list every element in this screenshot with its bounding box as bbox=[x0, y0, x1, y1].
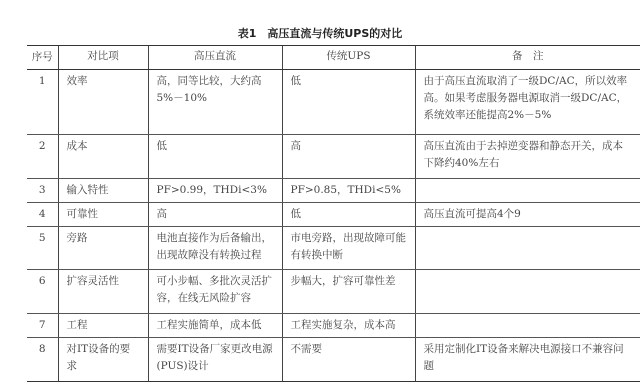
cell-hvdc: 高 bbox=[148, 203, 282, 227]
cell-item: 工程 bbox=[58, 314, 148, 338]
cell-item: 成本 bbox=[58, 135, 148, 179]
table-row: 7 工程 工程实施简单，成本低 工程实施复杂，成本高 bbox=[27, 314, 640, 338]
table-caption: 表1 高压直流与传统UPS的对比 bbox=[0, 25, 640, 41]
cell-hvdc: 高，同等比较，大约高5%－10% bbox=[148, 70, 282, 135]
cell-hvdc: 电池直接作为后备输出，出现故障没有转换过程 bbox=[148, 227, 282, 270]
header-no: 序号 bbox=[27, 46, 58, 70]
cell-item: 效率 bbox=[58, 70, 148, 135]
header-item: 对比项 bbox=[58, 46, 148, 70]
cell-no: 6 bbox=[27, 270, 58, 314]
table-row: 4 可靠性 高 低 高压直流可提高4个9 bbox=[27, 203, 640, 227]
cell-note: 高压直流可提高4个9 bbox=[415, 203, 640, 227]
cell-no: 3 bbox=[27, 179, 58, 203]
cell-hvdc: 低 bbox=[148, 135, 282, 179]
table-row: 2 成本 低 高 高压直流由于去掉逆变器和静态开关，成本下降约40%左右 bbox=[27, 135, 640, 179]
cell-item: 对IT设备的要求 bbox=[58, 338, 148, 382]
cell-no: 4 bbox=[27, 203, 58, 227]
cell-note: 高压直流由于去掉逆变器和静态开关，成本下降约40%左右 bbox=[415, 135, 640, 179]
cell-note: 由于高压直流取消了一级DC/AC，所以效率高。如果考虑服务器电源取消一级DC/A… bbox=[415, 70, 640, 135]
table-row: 5 旁路 电池直接作为后备输出，出现故障没有转换过程 市电旁路，出现故障可能有转… bbox=[27, 227, 640, 270]
cell-ups: 高 bbox=[282, 135, 415, 179]
table-header-row: 序号 对比项 高压直流 传统UPS 备 注 bbox=[27, 46, 640, 70]
cell-note bbox=[415, 227, 640, 270]
cell-item: 可靠性 bbox=[58, 203, 148, 227]
cell-no: 8 bbox=[27, 338, 58, 382]
cell-ups: 低 bbox=[282, 203, 415, 227]
cell-ups: 低 bbox=[282, 70, 415, 135]
header-hvdc: 高压直流 bbox=[148, 46, 282, 70]
cell-no: 5 bbox=[27, 227, 58, 270]
cell-item: 输入特性 bbox=[58, 179, 148, 203]
cell-hvdc: 需要IT设备厂家更改电源(PUS)设计 bbox=[148, 338, 282, 382]
cell-item: 旁路 bbox=[58, 227, 148, 270]
header-note: 备 注 bbox=[415, 46, 640, 70]
cell-no: 2 bbox=[27, 135, 58, 179]
cell-ups: 不需要 bbox=[282, 338, 415, 382]
table-row: 3 输入特性 PF>0.99，THDi<3% PF>0.85，THDi<5% bbox=[27, 179, 640, 203]
cell-note bbox=[415, 179, 640, 203]
cell-note bbox=[415, 270, 640, 314]
cell-no: 7 bbox=[27, 314, 58, 338]
table-row: 1 效率 高，同等比较，大约高5%－10% 低 由于高压直流取消了一级DC/AC… bbox=[27, 70, 640, 135]
cell-ups: 市电旁路，出现故障可能有转换中断 bbox=[282, 227, 415, 270]
table-row: 8 对IT设备的要求 需要IT设备厂家更改电源(PUS)设计 不需要 采用定制化… bbox=[27, 338, 640, 382]
cell-hvdc: 可小步幅、多批次灵活扩容，在线无风险扩容 bbox=[148, 270, 282, 314]
cell-hvdc: PF>0.99，THDi<3% bbox=[148, 179, 282, 203]
table-row: 6 扩容灵活性 可小步幅、多批次灵活扩容，在线无风险扩容 步幅大，扩容可靠性差 bbox=[27, 270, 640, 314]
cell-hvdc: 工程实施简单，成本低 bbox=[148, 314, 282, 338]
cell-no: 1 bbox=[27, 70, 58, 135]
cell-note bbox=[415, 314, 640, 338]
header-ups: 传统UPS bbox=[282, 46, 415, 70]
cell-ups: 步幅大，扩容可靠性差 bbox=[282, 270, 415, 314]
cell-note: 采用定制化IT设备来解决电源接口不兼容问题 bbox=[415, 338, 640, 382]
cell-ups: PF>0.85，THDi<5% bbox=[282, 179, 415, 203]
cell-ups: 工程实施复杂，成本高 bbox=[282, 314, 415, 338]
comparison-table: 序号 对比项 高压直流 传统UPS 备 注 1 效率 高，同等比较，大约高5%－… bbox=[27, 45, 640, 382]
cell-item: 扩容灵活性 bbox=[58, 270, 148, 314]
